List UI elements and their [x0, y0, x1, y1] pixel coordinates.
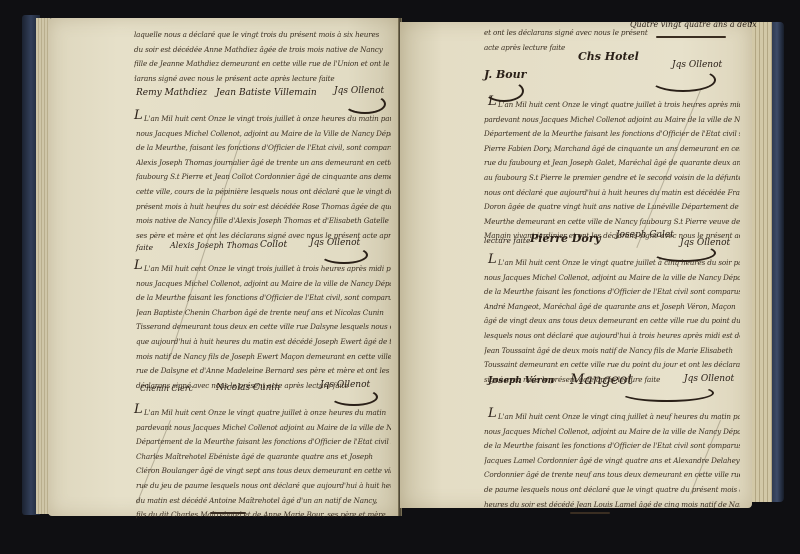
text-line: rue du jeu de paume lesquels nous ont dé…	[136, 479, 391, 494]
right-entry-5: L'an Mil huit cent Onze le vingt quatre …	[484, 98, 740, 244]
left-entry-3: L'an Mil huit cent Onze le vingt trois j…	[136, 262, 391, 393]
signature-collot: Collot	[260, 240, 287, 250]
paraph-flourish	[650, 68, 716, 92]
paraph-flourish	[330, 388, 378, 406]
closing-flourish	[570, 512, 610, 514]
signature-hotel: Chs Hotel	[578, 50, 639, 63]
text-line: pardevant nous Jacques Michel Collenot a…	[136, 421, 391, 436]
signature-mangeot: Mangeot	[570, 372, 633, 388]
signature-galet: Joseph Galet	[616, 230, 674, 240]
text-line: Département de la Meurthe faisant les fo…	[484, 127, 740, 142]
text-line: et ont les déclarans signé avec nous le …	[484, 26, 654, 41]
text-line: nous Jacques Michel Collenot, adjoint au…	[484, 271, 740, 286]
text-line: Meurthe demeurant en cette ville de Nanc…	[484, 215, 740, 230]
text-line: fille de Jeanne Mathdiez demeurant en ce…	[134, 57, 389, 72]
text-line: nous ont déclaré que aujourd'hui à huit …	[484, 186, 740, 201]
text-line: L'an Mil huit cent Onze le vingt trois j…	[136, 112, 391, 127]
text-line: laquelle nous a déclaré que le vingt tro…	[134, 28, 389, 43]
text-line: rue de Dalsyne et d'Anne Madeleine Berna…	[136, 364, 391, 379]
text-line: L'an Mil huit cent Onze le vingt quatre …	[484, 256, 740, 271]
text-line: fils du dit Charles Maîtrehotel et de An…	[136, 508, 391, 523]
text-line: heures du soir est décédé Jean Louis Lam…	[484, 498, 740, 513]
text-line: faubourg S.t Pierre et Jean Collot Cordo…	[136, 170, 391, 185]
open-register-book: laquelle nous a déclaré que le vingt tro…	[0, 0, 800, 554]
text-line: Tisserand demeurant tous deux en cette v…	[136, 320, 391, 335]
text-line: de la Meurthe faisant les fonctions d'Of…	[484, 285, 740, 300]
signature-thomas: Alexis Joseph Thomas	[170, 241, 258, 250]
text-line: rue du faubourg et Jean Joseph Galet, Ma…	[484, 156, 740, 171]
text-line: André Mangeot, Maréchal âgé de quarante …	[484, 300, 740, 315]
page-edges-right	[752, 22, 772, 502]
text-line: Doron âgée de quatre vingt huit ans nati…	[484, 200, 740, 215]
text-line: de paume lesquels nous ont déclaré que l…	[484, 483, 740, 498]
left-page-top-continuation: laquelle nous a déclaré que le vingt tro…	[134, 28, 389, 86]
text-line: Pierre Fabien Dory, Marchand âgé de cinq…	[484, 142, 740, 157]
signature-remy-mathdiez: Remy Mathdiez	[136, 88, 207, 98]
text-line: de la Meurthe faisant les fonctions d'Of…	[484, 439, 740, 454]
text-line: mois natif de Nancy fils de Joseph Ewert…	[136, 350, 391, 365]
text-line: nous Jacques Michel Collenot, adjoint au…	[136, 277, 391, 292]
text-line: déclarans signé avec nous le présent act…	[134, 72, 389, 87]
book-cover-right	[770, 22, 784, 502]
text-line: nous Jacques Michel Collenot, adjoint au…	[484, 425, 740, 440]
paraph-flourish	[620, 384, 714, 402]
text-line: Alexis Joseph Thomas journalier âgé de t…	[136, 156, 391, 171]
text-line: Département de la Meurthe faisant les fo…	[136, 435, 391, 450]
signature-villemain: Jean Batiste Villemain	[216, 88, 317, 98]
signature-cunin: Nicolas Cunin	[216, 383, 280, 393]
right-entry-6: L'an Mil huit cent Onze le vingt quatre …	[484, 256, 740, 387]
text-line: lesquels nous ont déclaré que aujourd'hu…	[484, 329, 740, 344]
left-entry-2: L'an Mil huit cent Onze le vingt trois j…	[136, 112, 391, 243]
text-line: lecture faite	[484, 236, 530, 245]
text-line: L'an Mil huit cent Onze le vingt quatre …	[484, 98, 740, 113]
signature-veron: Joseph Véron	[488, 376, 554, 386]
text-line: pardevant nous Jacques Michel Collenot a…	[484, 113, 740, 128]
paraph-flourish	[344, 94, 386, 114]
text-line: mois native de Nancy fille d'Alexis Jose…	[136, 214, 391, 229]
text-line: Charles Maîtrehotel Ebéniste âgé de quar…	[136, 450, 391, 465]
text-line: du matin est décédé Antoine Maîtrehotel …	[136, 494, 391, 509]
margin-note: Quatre vingt quatre ans à deux	[630, 20, 757, 29]
text-line: nous Jacques Michel Collenot, adjoint au…	[136, 127, 391, 142]
signature-ollenot: Jqs Ollenot	[684, 374, 734, 384]
text-line: du soir est décédée Anne Mathdiez âgée d…	[134, 43, 389, 58]
right-entry-7: L'an Mil huit cent Onze le vingt cinq ju…	[484, 410, 740, 512]
text-line: cette ville, cours de la pépinière lesqu…	[136, 185, 391, 200]
text-line: de la Meurthe, faisant les fonctions d'O…	[136, 141, 391, 156]
text-line: Cordonnier âgé de trente neuf ans tous d…	[484, 468, 740, 483]
signature-chenin: Chenin Clerc	[140, 384, 193, 393]
closing-flourish	[210, 512, 246, 514]
text-line: Jean Baptiste Chenin Charbon âgé de tren…	[136, 306, 391, 321]
text-line: L'an Mil huit cent Onze le vingt trois j…	[136, 262, 391, 277]
text-line: âgé de vingt deux ans tous deux demeuran…	[484, 314, 740, 329]
text-line: Jean Toussaint âgé de deux mois natif de…	[484, 344, 740, 359]
left-entry-4: L'an Mil huit cent Onze le vingt quatre …	[136, 406, 391, 523]
text-line: L'an Mil huit cent Onze le vingt cinq ju…	[484, 410, 740, 425]
text-line: présent mois à huit heures du soir est d…	[136, 200, 391, 215]
signature-dory: Pierre Dory	[530, 232, 601, 245]
text-line: faite	[136, 243, 153, 252]
text-line: de la Meurthe faisant les fonctions d'Of…	[136, 291, 391, 306]
text-line: L'an Mil huit cent Onze le vingt quatre …	[136, 406, 391, 421]
text-line: au faubourg S.t Pierre le premier gendre…	[484, 171, 740, 186]
text-line: Toussaint demeurant en cette ville rue d…	[484, 358, 740, 373]
text-line: Cléron Boulanger âgé de vingt sept ans t…	[136, 464, 391, 479]
underline-flourish	[656, 36, 726, 38]
